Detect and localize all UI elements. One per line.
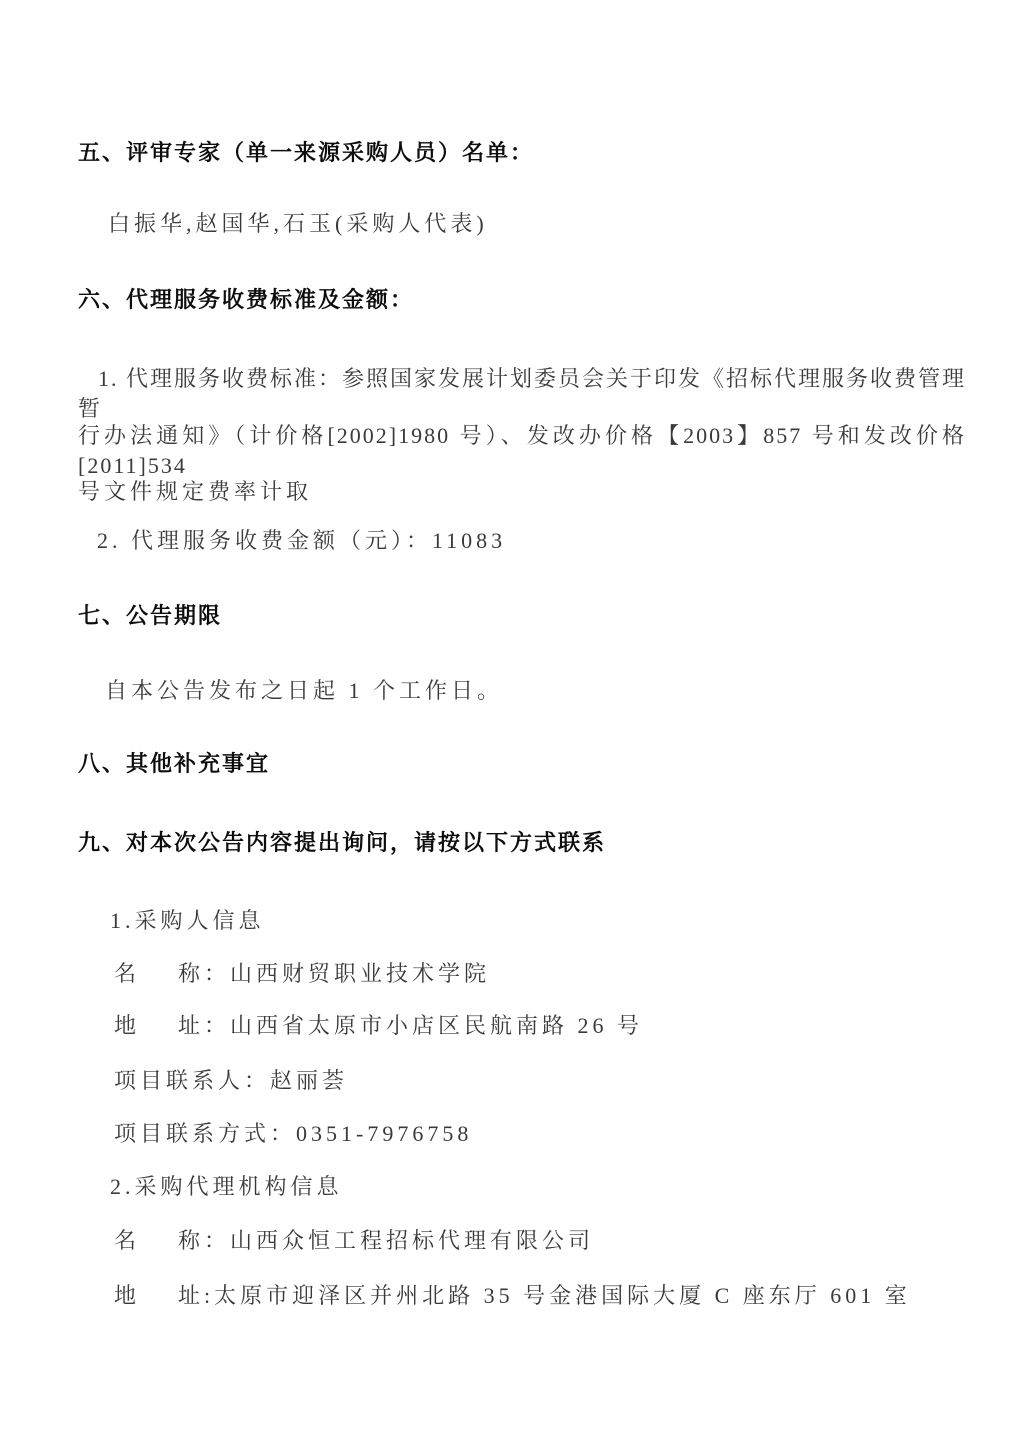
section9-heading: 九、对本次公告内容提出询问，请按以下方式联系 [78, 828, 606, 858]
fee-standard-line-3: 号文件规定费率计取 [78, 477, 312, 507]
section8-heading: 八、其他补充事宜 [78, 749, 270, 779]
document-page: 五、评审专家（单一来源采购人员）名单： 白振华,赵国华,石玉(采购人代表) 六、… [0, 0, 1024, 1448]
agency-info-title: 2.采购代理机构信息 [110, 1172, 343, 1202]
section6-heading: 六、代理服务收费标准及金额： [78, 285, 414, 315]
purchaser-name: 名 称：山西财贸职业技术学院 [114, 959, 490, 989]
fee-standard-line-1: 1. 代理服务收费标准：参照国家发展计划委员会关于印发《招标代理服务收费管理暂 [78, 364, 966, 424]
fee-standard-line-2: 行办法通知》（计价格[2002]1980 号）、发改办价格【2003】857 号… [78, 421, 966, 481]
section5-heading: 五、评审专家（单一来源采购人员）名单： [78, 138, 534, 168]
purchaser-info-title: 1.采购人信息 [110, 906, 265, 936]
expert-names: 白振华,赵国华,石玉(采购人代表) [108, 209, 488, 239]
agency-name: 名 称：山西众恒工程招标代理有限公司 [114, 1226, 594, 1256]
fee-amount: 2. 代理服务收费金额（元）：11083 [97, 526, 506, 556]
section7-heading: 七、公告期限 [78, 601, 222, 631]
purchaser-address: 地 址：山西省太原市小店区民航南路 26 号 [114, 1011, 643, 1041]
purchaser-contact-phone: 项目联系方式：0351-7976758 [114, 1119, 472, 1149]
agency-address: 地 址:太原市迎泽区并州北路 35 号金港国际大厦 C 座东厅 601 室 [114, 1281, 911, 1311]
purchaser-contact-person: 项目联系人：赵丽荟 [114, 1066, 348, 1096]
announcement-period: 自本公告发布之日起 1 个工作日。 [105, 676, 503, 706]
